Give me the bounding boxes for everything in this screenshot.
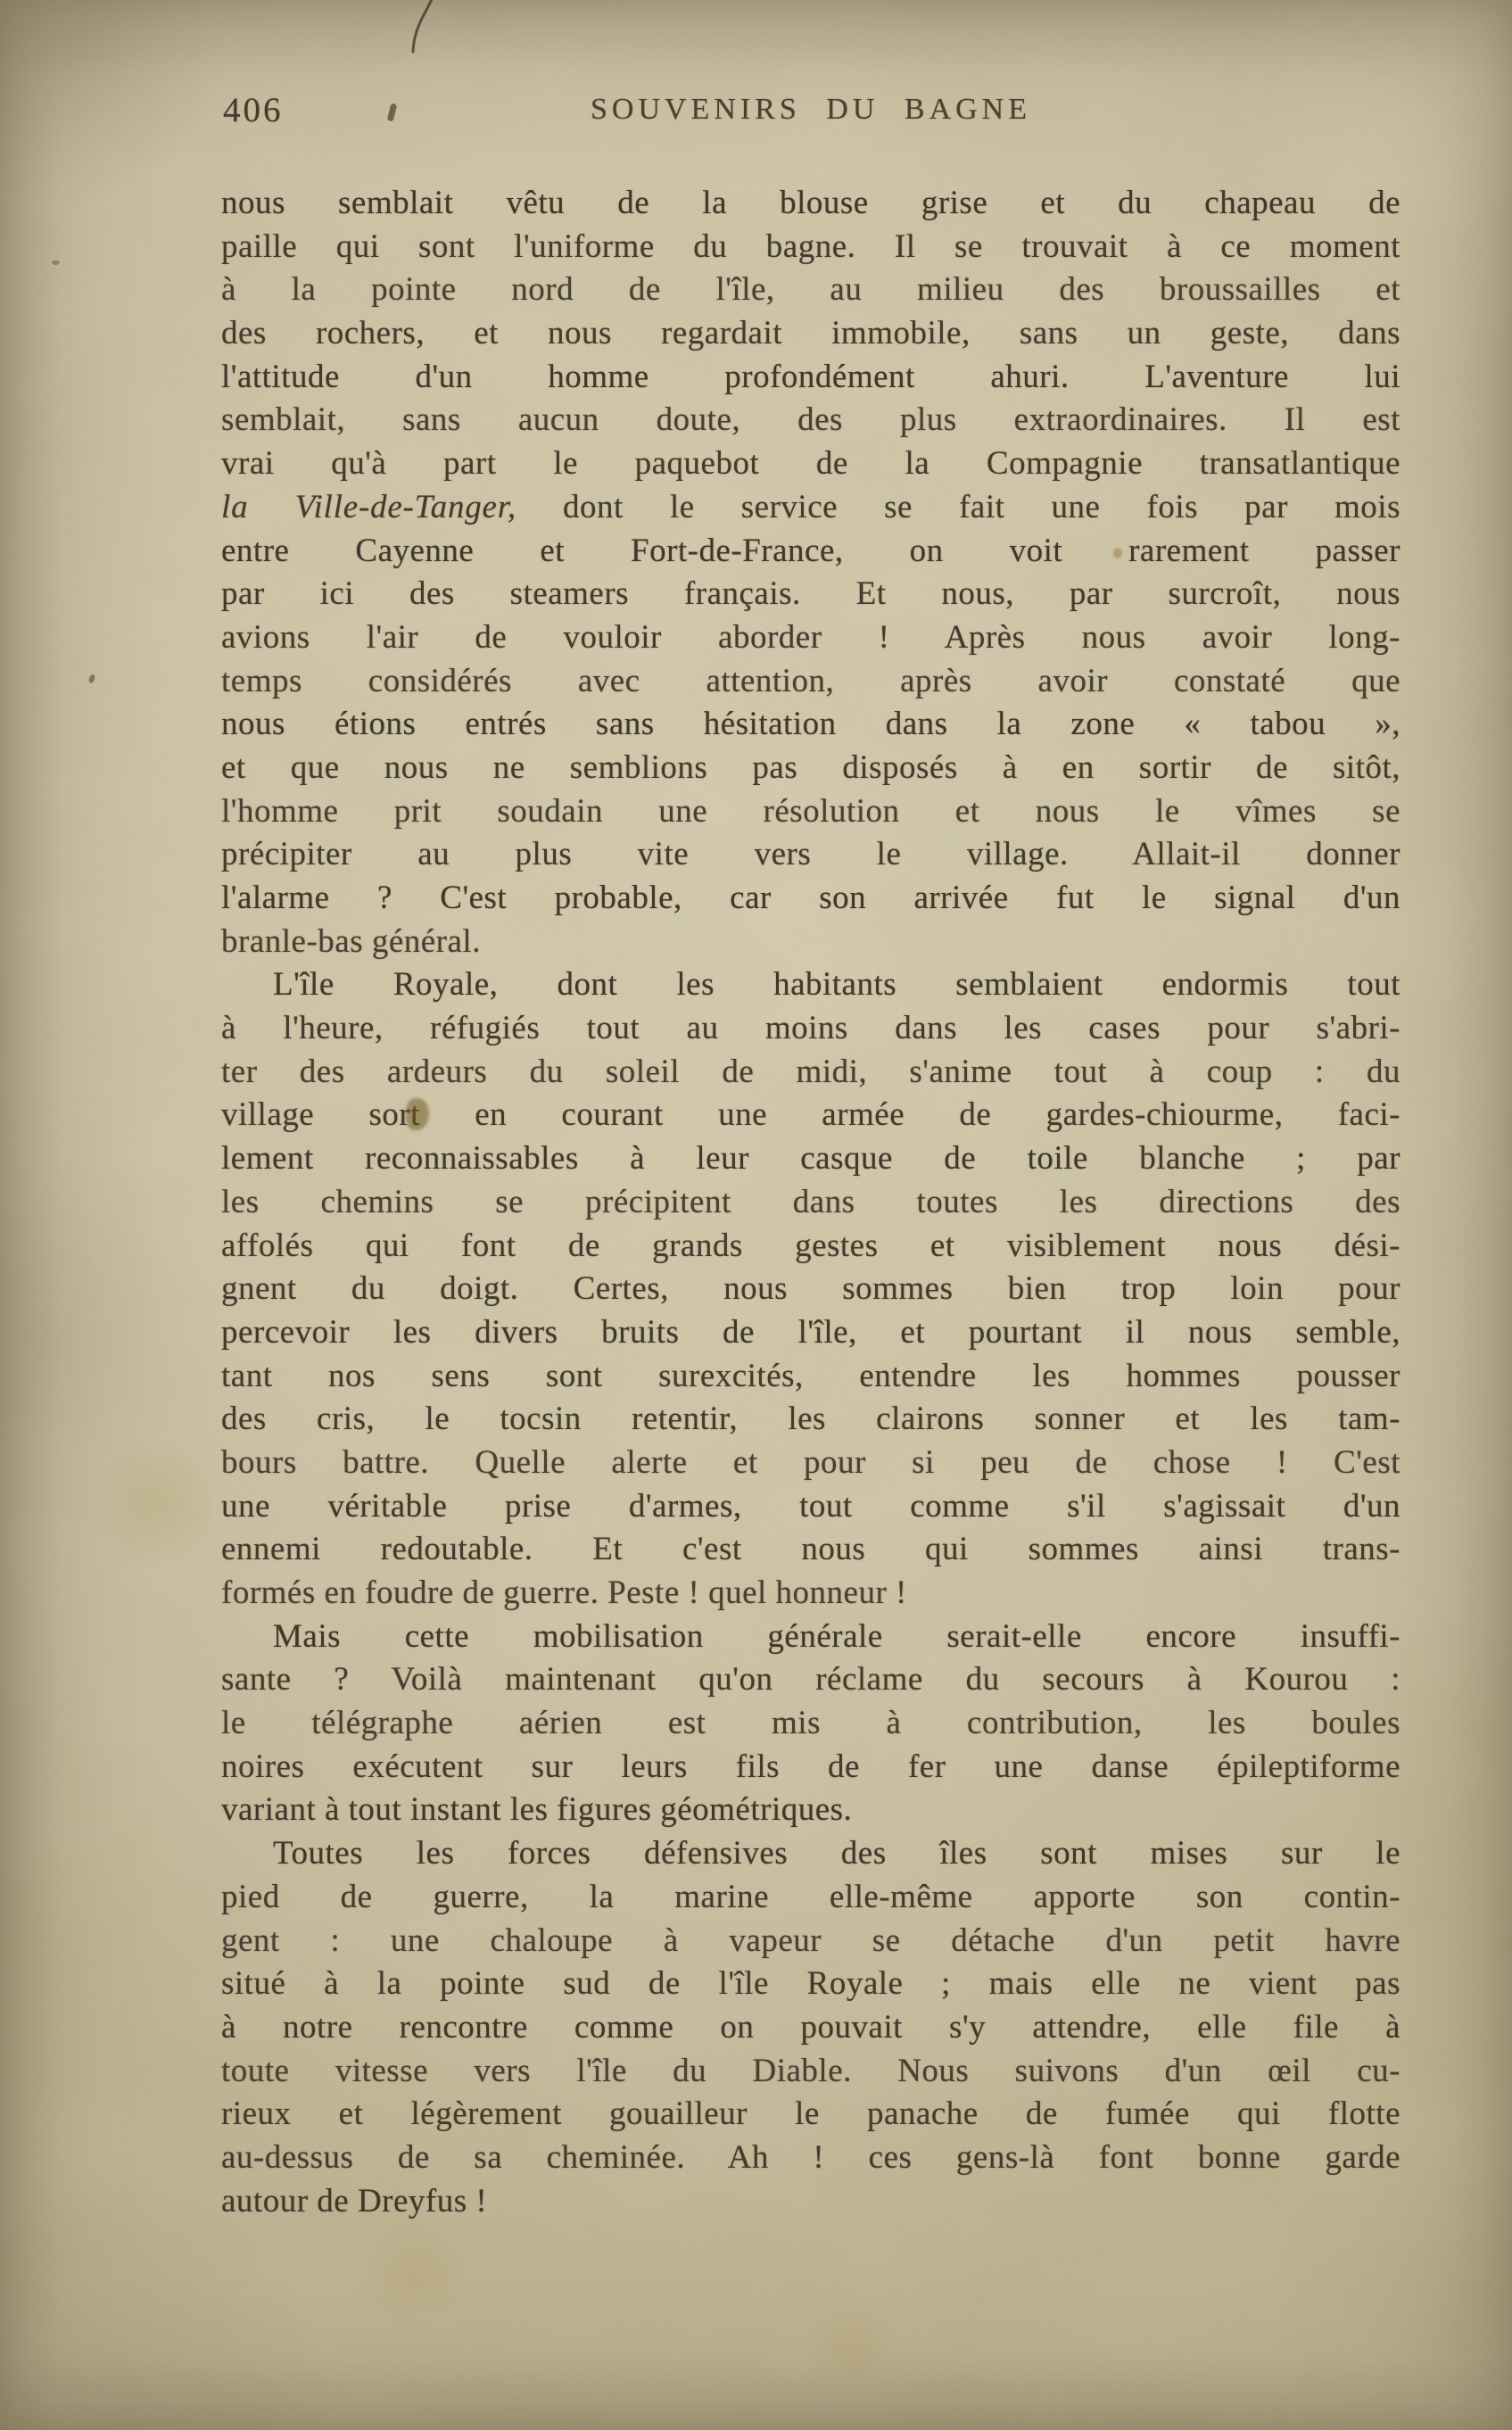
hair-mark	[392, 0, 455, 59]
text-line: entre Cayenne et Fort-de-France, on voit…	[221, 530, 1400, 574]
text-line: l'homme prit soudain une résolution et n…	[221, 790, 1400, 834]
paper-background: 406 SOUVENIRS DU BAGNE nous semblait vêt…	[0, 0, 1512, 2430]
text-line: l'attitude d'un homme profondément ahuri…	[221, 356, 1400, 400]
text-line: au-dessus de sa cheminée. Ah ! ces gens-…	[221, 2137, 1400, 2180]
text-line: vrai qu'à part le paquebot de la Compagn…	[221, 442, 1400, 486]
text-line: nous étions entrés sans hésitation dans …	[221, 703, 1400, 747]
ink-speck	[52, 260, 60, 265]
text-line: situé à la pointe sud de l'île Royale ; …	[221, 1963, 1400, 2006]
text-line: branle-bas général.	[221, 921, 1400, 964]
text-line: des cris, le tocsin retentir, les clairo…	[221, 1398, 1400, 1442]
paragraph: Toutes les forces défensives des îles so…	[221, 1832, 1400, 2223]
page-header: 406 SOUVENIRS DU BAGNE	[221, 87, 1400, 134]
text-line: paille qui sont l'uniforme du bagne. Il …	[221, 226, 1400, 269]
text-line: bours battre. Quelle alerte et pour si p…	[221, 1442, 1400, 1485]
text-line: toute vitesse vers l'île du Diable. Nous…	[221, 2050, 1400, 2094]
text-line: affolés qui font de grands gestes et vis…	[221, 1225, 1400, 1269]
text-line: l'alarme ? C'est probable, car son arriv…	[221, 877, 1400, 921]
scanned-book-page: { "page": { "number": "406", "running_ti…	[0, 0, 1512, 2430]
text-line: noires exécutent sur leurs fils de fer u…	[221, 1746, 1400, 1789]
text-line: précipiter au plus vite vers le village.…	[221, 833, 1400, 877]
text-line: autour de Dreyfus !	[221, 2180, 1400, 2224]
text-line: par ici des steamers français. Et nous, …	[221, 573, 1400, 616]
text-line: L'île Royale, dont les habitants semblai…	[221, 963, 1400, 1007]
text-line: percevoir les divers bruits de l'île, et…	[221, 1311, 1400, 1355]
text-line: lement reconnaissables à leur casque de …	[221, 1137, 1400, 1181]
text-line: des rochers, et nous regardait immobile,…	[221, 312, 1400, 356]
text-line: formés en foudre de guerre. Peste ! quel…	[221, 1572, 1400, 1616]
text-line: tant nos sens sont surexcités, entendre …	[221, 1355, 1400, 1399]
text-line: à la pointe nord de l'île, au milieu des…	[221, 269, 1400, 312]
text-line: à l'heure, réfugiés tout au moins dans l…	[221, 1007, 1400, 1051]
text-line: à notre rencontre comme on pouvait s'y a…	[221, 2006, 1400, 2050]
paragraph: L'île Royale, dont les habitants semblai…	[221, 963, 1400, 1615]
paper-stain	[98, 1427, 214, 1579]
text-segment: dont le service se fait une fois par moi…	[516, 489, 1400, 525]
text-line: pied de guerre, la marine elle-même appo…	[221, 1876, 1400, 1920]
ink-speck	[87, 674, 95, 683]
text-line: rieux et légèrement gouailleur le panach…	[221, 2093, 1400, 2137]
body-text: nous semblait vêtu de la blouse grise et…	[221, 182, 1400, 2223]
text-line: Toutes les forces défensives des îles so…	[221, 1832, 1400, 1876]
text-line: gnent du doigt. Certes, nous sommes bien…	[221, 1268, 1400, 1311]
text-line: Mais cette mobilisation générale serait-…	[221, 1616, 1400, 1659]
text-line: une véritable prise d'armes, tout comme …	[221, 1485, 1400, 1529]
text-line: semblait, sans aucun doute, des plus ext…	[221, 399, 1400, 442]
running-title: SOUVENIRS DU BAGNE	[221, 93, 1400, 127]
text-line: gent : une chaloupe à vapeur se détache …	[221, 1920, 1400, 1963]
paragraph: Mais cette mobilisation générale serait-…	[221, 1616, 1400, 1832]
paper-stain	[352, 2221, 477, 2328]
text-line: sante ? Voilà maintenant qu'on réclame d…	[221, 1658, 1400, 1702]
text-line: le télégraphe aérien est mis à contribut…	[221, 1702, 1400, 1746]
text-line: avions l'air de vouloir aborder ! Après …	[221, 616, 1400, 660]
paper-stain	[803, 2302, 901, 2391]
paragraph: nous semblait vêtu de la blouse grise et…	[221, 182, 1400, 963]
italic-text: la Ville-de-Tanger,	[221, 489, 516, 525]
text-line: et que nous ne semblions pas disposés à …	[221, 747, 1400, 790]
text-line: temps considérés avec attention, après a…	[221, 660, 1400, 704]
text-line: village sort en courant une armée de gar…	[221, 1094, 1400, 1137]
text-line: la Ville-de-Tanger, dont le service se f…	[221, 486, 1400, 530]
text-line: variant à tout instant les figures géomé…	[221, 1789, 1400, 1832]
text-line: nous semblait vêtu de la blouse grise et…	[221, 182, 1400, 226]
text-line: ter des ardeurs du soleil de midi, s'ani…	[221, 1051, 1400, 1095]
text-line: les chemins se précipitent dans toutes l…	[221, 1181, 1400, 1225]
text-line: ennemi redoutable. Et c'est nous qui som…	[221, 1528, 1400, 1572]
